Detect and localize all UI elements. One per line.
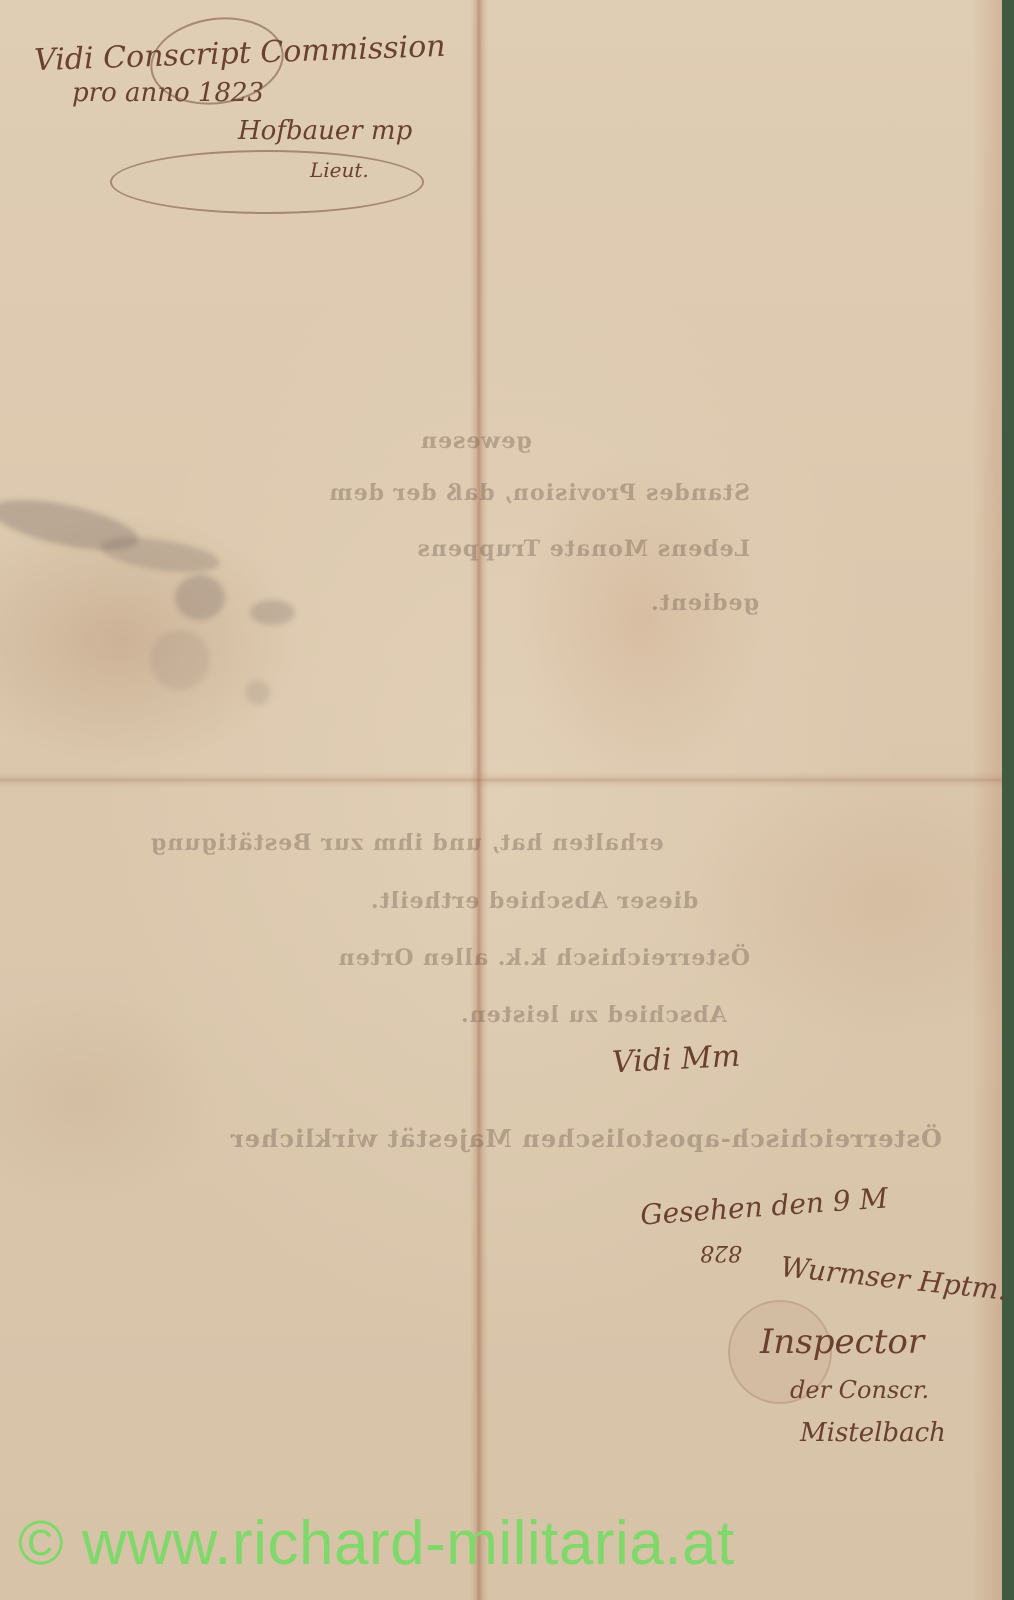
inspection-line5: der Conscr. xyxy=(790,1376,929,1404)
bleed-through-line: dieser Abschied ertheilt. xyxy=(370,888,698,914)
edge-stain xyxy=(972,0,1002,1600)
header-note-signature: Hofbauer mp xyxy=(238,116,412,146)
bleed-through-line: erhalten hat, und ihm zur Bestätigung xyxy=(150,830,663,856)
copyright-watermark: © www.richard-militaria.at xyxy=(18,1508,735,1579)
bleed-through-line: Abschied zu leisten. xyxy=(460,1002,727,1028)
vertical-fold-line xyxy=(470,0,488,1600)
inspection-line2: 828 xyxy=(700,1240,742,1265)
inspection-line4: Inspector xyxy=(760,1322,924,1362)
inspection-line1: Gesehen den 9 M xyxy=(639,1181,889,1231)
water-stain xyxy=(250,600,295,625)
document-page: Vidi Conscript Commission pro anno 1823 … xyxy=(0,0,1002,1600)
vidi-note: Vidi Mm xyxy=(611,1039,741,1081)
bleed-through-line: Standes Provision, daß der dem xyxy=(150,480,750,506)
water-stain xyxy=(175,575,225,620)
bleed-through-line: Lebens Monate Truppens xyxy=(150,536,750,562)
bleed-through-line: Österreichisch k.k. allen Orten xyxy=(150,945,750,971)
horizontal-fold-line xyxy=(0,772,1002,788)
water-stain xyxy=(150,630,210,690)
bleed-through-line: Österreichisch-apostolischen Majestät wi… xyxy=(230,1124,942,1153)
signature-flourish xyxy=(110,150,424,214)
bleed-through-line: gedient. xyxy=(650,590,759,616)
water-stain xyxy=(245,680,270,705)
bleed-through-line: gewesen xyxy=(420,428,532,454)
inspection-line6: Mistelbach xyxy=(800,1418,946,1448)
